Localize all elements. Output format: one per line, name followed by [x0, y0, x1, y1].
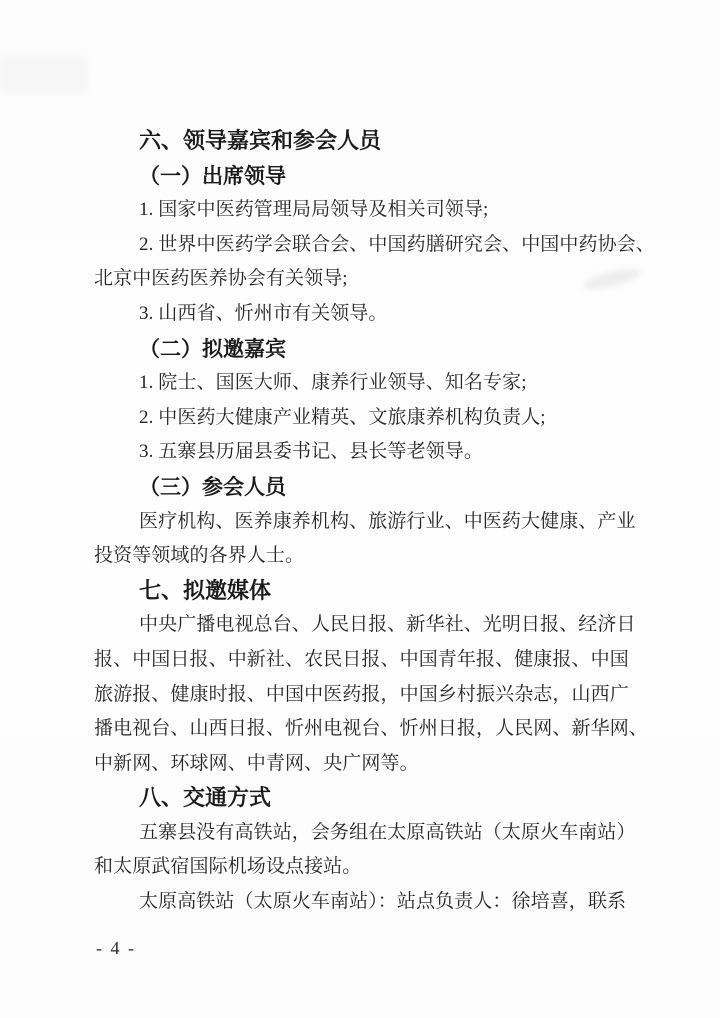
body-text-line: 旅游报、健康时报、中国中医药报，中国乡村振兴杂志，山西广	[94, 678, 630, 713]
subsection-heading: （三）参会人员	[94, 470, 630, 505]
body-text-line: 3. 山西省、忻州市有关领导。	[94, 297, 630, 332]
body-text-line: 北京中医药医养协会有关领导;	[94, 262, 630, 297]
section-heading: 八、交通方式	[94, 781, 630, 816]
body-text-line: 播电视台、山西日报、忻州电视台、忻州日报，人民网、新华网、	[94, 712, 630, 747]
scanned-page: 六、领导嘉宾和参会人员 （一）出席领导 1. 国家中医药管理局局领导及相关司领导…	[0, 0, 720, 1018]
body-text-line: 2. 世界中医药学会联合会、中国药膳研究会、中国中药协会、	[94, 228, 630, 263]
body-text-line: 2. 中医药大健康产业精英、文旅康养机构负责人;	[94, 401, 630, 436]
body-text-line: 太原高铁站（太原火车南站）：站点负责人：徐培喜，联系	[94, 885, 630, 920]
section-heading: 六、领导嘉宾和参会人员	[94, 124, 630, 159]
body-text-line: 中新网、环球网、中青网、央广网等。	[94, 747, 630, 782]
body-text-line: 和太原武宿国际机场设点接站。	[94, 850, 630, 885]
body-text-line: 报、中国日报、中新社、农民日报、中国青年报、健康报、中国	[94, 643, 630, 678]
subsection-heading: （二）拟邀嘉宾	[94, 332, 630, 367]
body-text-line: 3. 五寨县历届县委书记、县长等老领导。	[94, 435, 630, 470]
body-text-line: 医疗机构、医养康养机构、旅游行业、中医药大健康、产业	[94, 505, 630, 540]
body-text-line: 中央广播电视总台、人民日报、新华社、光明日报、经济日	[94, 608, 630, 643]
body-text-line: 1. 院士、国医大师、康养行业领导、知名专家;	[94, 366, 630, 401]
body-text-line: 投资等领域的各界人士。	[94, 539, 630, 574]
document-body: 六、领导嘉宾和参会人员 （一）出席领导 1. 国家中医药管理局局领导及相关司领导…	[94, 124, 630, 920]
page-number: - 4 -	[96, 938, 136, 959]
body-text-line: 五寨县没有高铁站，会务组在太原高铁站（太原火车南站）	[94, 816, 630, 851]
scan-artifact	[0, 55, 88, 93]
section-heading: 七、拟邀媒体	[94, 574, 630, 609]
body-text-line: 1. 国家中医药管理局局领导及相关司领导;	[94, 193, 630, 228]
subsection-heading: （一）出席领导	[94, 159, 630, 194]
